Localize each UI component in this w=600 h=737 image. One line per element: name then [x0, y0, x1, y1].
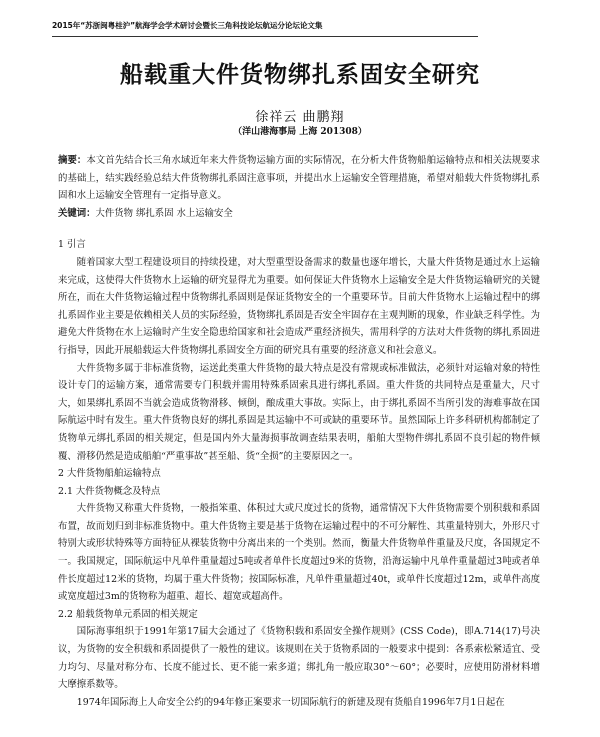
abstract: 摘要：本文首先结合长三角水域近年来大件货物运输方面的实际情况，在分析大件货物船舶… — [58, 152, 540, 205]
subsection-heading-2-2: 2.2 船载货物单元系固的相关规定 — [58, 606, 540, 624]
abstract-label: 摘要： — [58, 155, 86, 166]
keywords: 关键词：大件货物 绑扎系固 水上运输安全 — [58, 205, 540, 223]
paragraph: 国际海事组织于1991年第17届大会通过了《货物积载和系固安全操作规则》(CSS… — [58, 623, 540, 693]
paragraph: 大件货物又称重大件货物，一般指笨重、体积过大或尺度过长的货物，通常情况下大件货物… — [58, 500, 540, 606]
spacer — [58, 222, 540, 236]
keywords-label: 关键词： — [58, 208, 96, 219]
section-heading-2: 2 大件货物船舶运输特点 — [58, 465, 540, 483]
paper-body: 摘要：本文首先结合长三角水域近年来大件货物运输方面的实际情况，在分析大件货物船舶… — [58, 152, 540, 711]
abstract-text: 本文首先结合长三角水域近年来大件货物运输方面的实际情况，在分析大件货物船舶运输特… — [58, 155, 540, 201]
keywords-text: 大件货物 绑扎系固 水上运输安全 — [96, 208, 233, 219]
paragraph: 1974年国际海上人命安全公约的94年修正案要求一切国际航行的新建及现有货船自1… — [58, 694, 540, 712]
header-rule — [52, 36, 478, 37]
affiliation: （洋山港海事局 上海 201308） — [0, 124, 600, 137]
paragraph: 大件货物多属于非标准货物，运送此类重大件货物的最大特点是没有常规或标准做法，必须… — [58, 360, 540, 466]
authors: 徐祥云 曲鹏翔 — [0, 106, 600, 125]
section-heading-1: 1 引言 — [58, 236, 540, 254]
running-header: 2015年“苏浙闽粤桂沪”航海学会学术研讨会暨长三角科技论坛航运分论坛论文集 — [52, 20, 478, 31]
paper-title: 船载重大件货物绑扎系固安全研究 — [0, 56, 600, 89]
subsection-heading-2-1: 2.1 大件货物概念及特点 — [58, 483, 540, 501]
paragraph: 随着国家大型工程建设项目的持续投建，对大型重型设备需求的数量也逐年增长，大量大件… — [58, 254, 540, 360]
